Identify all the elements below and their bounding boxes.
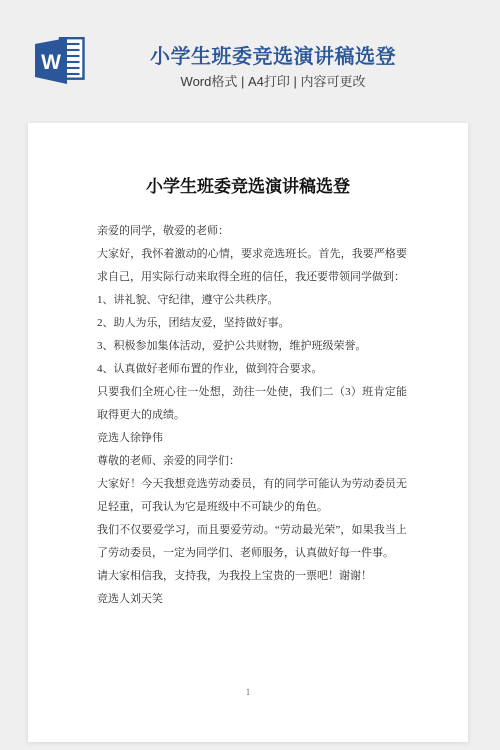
doc-paragraph: 大家好！今天我想竞选劳动委员，有的同学可能认为劳动委员无足轻重，可我认为它是班级… — [97, 473, 407, 519]
doc-paragraph: 我们不仅要爱学习，而且要爱劳动。“劳动最光荣”，如果我当上了劳动委员，一定为同学… — [97, 519, 407, 565]
template-preview-page: W 小学生班委竞选演讲稿选登 Word格式 | A4打印 | 内容可更改 小学生… — [0, 0, 500, 750]
doc-paragraph: 请大家相信我，支持我，为我投上宝贵的一票吧！谢谢！ — [97, 565, 407, 588]
doc-paragraph: 2、助人为乐，团结友爱，坚持做好事。 — [97, 312, 407, 335]
doc-paragraph: 1、讲礼貌、守纪律，遵守公共秩序。 — [97, 289, 407, 312]
format-info: Word格式 | A4打印 | 内容可更改 — [150, 74, 396, 90]
document-body: 亲爱的同学，敬爱的老师：大家好，我怀着激动的心情，要求竞选班长。首先，我要严格要… — [97, 220, 407, 611]
header: W 小学生班委竞选演讲稿选登 Word格式 | A4打印 | 内容可更改 — [0, 0, 500, 112]
doc-paragraph: 3、积极参加集体活动，爱护公共财物，维护班级荣誉。 — [97, 335, 407, 358]
document-preview-page: 小学生班委竞选演讲稿选登 亲爱的同学，敬爱的老师：大家好，我怀着激动的心情，要求… — [28, 123, 468, 742]
doc-paragraph: 4、认真做好老师布置的作业，做到符合要求。 — [97, 358, 407, 381]
doc-paragraph: 亲爱的同学，敬爱的老师： — [97, 220, 407, 243]
header-text-block: 小学生班委竞选演讲稿选登 Word格式 | A4打印 | 内容可更改 — [150, 44, 396, 90]
doc-paragraph: 竞选人徐铮伟 — [97, 427, 407, 450]
doc-paragraph: 大家好，我怀着激动的心情，要求竞选班长。首先，我要严格要求自己，用实际行动来取得… — [97, 243, 407, 289]
word-icon-letter: W — [41, 51, 61, 74]
word-logo-icon: W — [35, 37, 85, 84]
page-number: 1 — [28, 686, 468, 698]
doc-paragraph: 只要我们全班心往一处想，劲往一处使，我们二（3）班肯定能取得更大的成绩。 — [97, 381, 407, 427]
page-title: 小学生班委竞选演讲稿选登 — [150, 44, 396, 70]
document-title: 小学生班委竞选演讲稿选登 — [28, 175, 468, 198]
doc-paragraph: 竞选人刘天笑 — [97, 588, 407, 611]
doc-paragraph: 尊敬的老师、亲爱的同学们： — [97, 450, 407, 473]
